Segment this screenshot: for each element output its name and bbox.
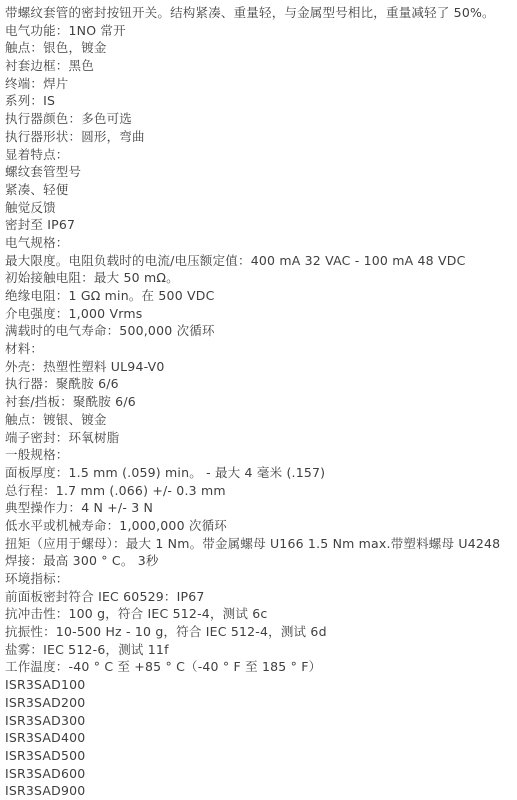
spec-soldering: 焊接：最高 300 ° C。 3秒 — [5, 552, 513, 570]
spec-electrical-life: 满载时的电气寿命：500,000 次循环 — [5, 322, 513, 340]
part-number: ISR3SAD900 — [5, 782, 513, 800]
spec-operating-force: 典型操作力：4 N +/- 3 N — [5, 499, 513, 517]
spec-max-rating: 最大限度。电阻负载时的电流/电压额定值：400 mA 32 VAC - 100 … — [5, 252, 513, 270]
part-number: ISR3SAD400 — [5, 729, 513, 747]
spec-insulation-resistance: 绝缘电阻：1 GΩ min。在 500 VDC — [5, 287, 513, 305]
spec-termination: 终端：焊片 — [5, 75, 513, 93]
section-heading-environmental: 环境指标： — [5, 570, 513, 588]
part-number: ISR3SAD300 — [5, 712, 513, 730]
spec-contact-material: 触点：镀银、镀金 — [5, 411, 513, 429]
spec-terminal-seal: 端子密封：环氧树脂 — [5, 429, 513, 447]
part-number: ISR3SAD200 — [5, 694, 513, 712]
spec-front-panel-sealing: 前面板密封符合 IEC 60529：IP67 — [5, 588, 513, 606]
spec-actuator-shape: 执行器形状：圆形，弯曲 — [5, 128, 513, 146]
spec-actuator-color: 执行器颜色：多色可选 — [5, 110, 513, 128]
spec-series: 系列：IS — [5, 92, 513, 110]
spec-operating-temperature: 工作温度：-40 ° C 至 +85 ° C（-40 ° F 至 185 ° F… — [5, 658, 513, 676]
spec-vibration-resistance: 抗振性：10-500 Hz - 10 g，符合 IEC 512-4，测试 6d — [5, 623, 513, 641]
spec-bushing-bezel: 衬套边框：黑色 — [5, 57, 513, 75]
spec-panel-thickness: 面板厚度：1.5 mm (.059) min。 - 最大 4 毫米 (.157) — [5, 464, 513, 482]
feature-item: 螺纹套管型号 — [5, 163, 513, 181]
part-number: ISR3SAD600 — [5, 765, 513, 783]
section-heading-materials: 材料： — [5, 340, 513, 358]
feature-item: 密封至 IP67 — [5, 216, 513, 234]
section-heading-general-specs: 一般规格： — [5, 446, 513, 464]
spec-bushing-material: 衬套/挡板：聚酰胺 6/6 — [5, 393, 513, 411]
spec-shock-resistance: 抗冲击性：100 g，符合 IEC 512-4，测试 6c — [5, 605, 513, 623]
part-number: ISR3SAD100 — [5, 676, 513, 694]
spec-mechanical-life: 低水平或机械寿命：1,000,000 次循环 — [5, 517, 513, 535]
spec-salt-spray: 盐雾：IEC 512-6，测试 11f — [5, 641, 513, 659]
spec-actuator-material: 执行器：聚酰胺 6/6 — [5, 375, 513, 393]
spec-housing-material: 外壳：热塑性塑料 UL94-V0 — [5, 358, 513, 376]
section-heading-features: 显着特点： — [5, 146, 513, 164]
product-description: 带螺纹套管的密封按钮开关。结构紧凑、重量轻，与金属型号相比，重量减轻了 50%。 — [5, 4, 513, 22]
spec-total-travel: 总行程：1.7 mm (.066) +/- 0.3 mm — [5, 482, 513, 500]
feature-item: 紧凑、轻便 — [5, 181, 513, 199]
spec-contacts: 触点：银色，镀金 — [5, 39, 513, 57]
part-number: ISR3SAD500 — [5, 747, 513, 765]
spec-contact-resistance: 初始接触电阻：最大 50 mΩ。 — [5, 269, 513, 287]
spec-torque: 扭矩（应用于螺母）：最大 1 Nm。带金属螺母 U166 1.5 Nm max.… — [5, 535, 513, 553]
feature-item: 触觉反馈 — [5, 199, 513, 217]
spec-electrical-function: 电气功能：1NO 常开 — [5, 22, 513, 40]
section-heading-electrical-specs: 电气规格： — [5, 234, 513, 252]
spec-dielectric-strength: 介电强度：1,000 Vrms — [5, 305, 513, 323]
spec-document: 带螺纹套管的密封按钮开关。结构紧凑、重量轻，与金属型号相比，重量减轻了 50%。… — [0, 0, 517, 800]
